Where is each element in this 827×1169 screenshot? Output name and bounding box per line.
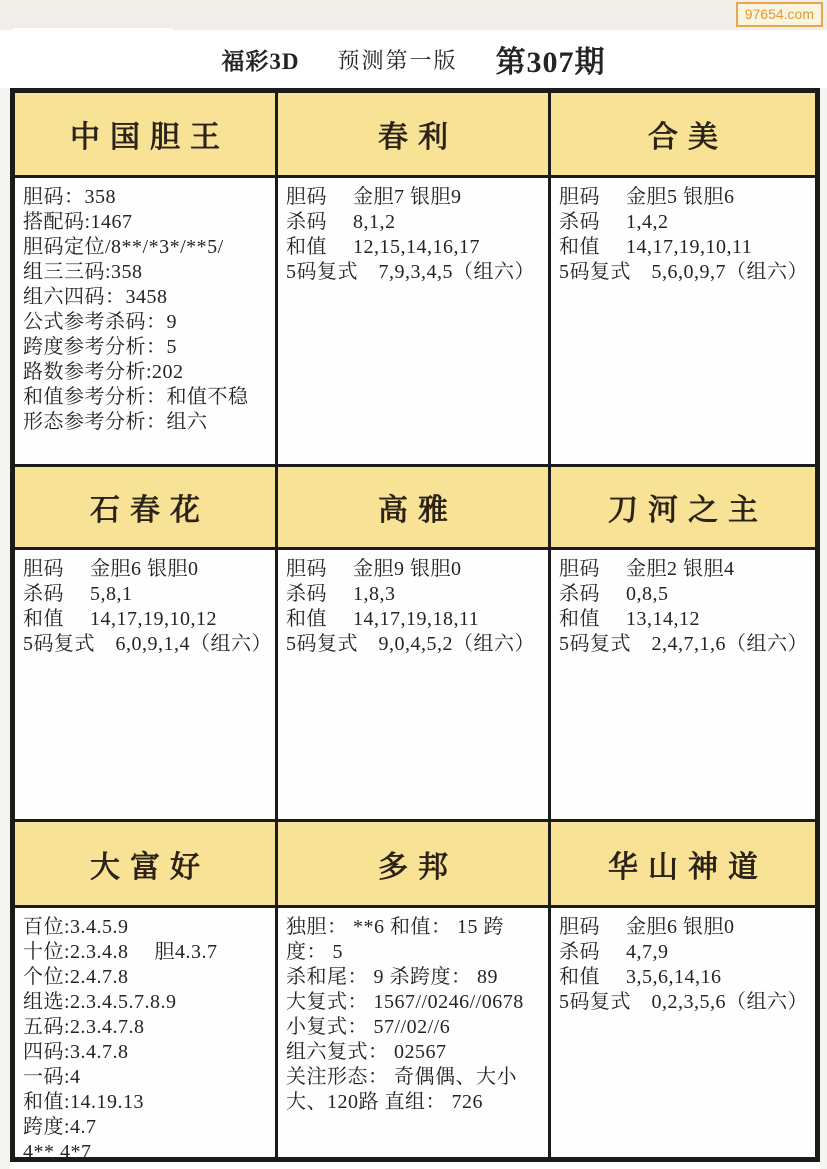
expert-header: 刀河之主	[551, 467, 815, 550]
page-right-margin	[820, 30, 827, 1169]
edition-label: 预测第一版	[338, 44, 458, 75]
prediction-table: 中国胆王 春利 合美 胆码：358 搭配码:1467 胆码定位/8**/*3*/…	[10, 88, 820, 1162]
page-top-band	[0, 0, 827, 30]
expert-predictions: 胆码 金胆6 银胆0 杀码 5,8,1 和值 14,17,19,10,12 5码…	[15, 550, 278, 822]
expert-header: 高雅	[278, 467, 551, 550]
expert-predictions: 胆码：358 搭配码:1467 胆码定位/8**/*3*/**5/ 组三三码:3…	[15, 178, 278, 467]
expert-header: 石春花	[15, 467, 278, 550]
expert-header: 多邦	[278, 822, 551, 908]
issue-number: 第307期	[496, 37, 606, 81]
page-left-margin	[0, 30, 10, 1169]
expert-predictions: 百位:3.4.5.9 十位:2.3.4.8 胆4.3.7 个位:2.4.7.8 …	[15, 908, 278, 1157]
expert-predictions: 胆码 金胆9 银胆0 杀码 1,8,3 和值 14,17,19,18,11 5码…	[278, 550, 551, 822]
expert-header: 中国胆王	[15, 93, 278, 178]
expert-predictions: 胆码 金胆5 银胆6 杀码 1,4,2 和值 14,17,19,10,11 5码…	[551, 178, 815, 467]
expert-predictions: 胆码 金胆6 银胆0 杀码 4,7,9 和值 3,5,6,14,16 5码复式 …	[551, 908, 815, 1157]
expert-header: 大富好	[15, 822, 278, 908]
expert-predictions: 独胆： **6 和值： 15 跨度： 5 杀和尾： 9 杀跨度： 89 大复式：…	[278, 908, 551, 1157]
sheet-title: 福彩3D 预测第一版 第307期	[0, 30, 827, 88]
site-watermark: 97654.com	[736, 2, 823, 27]
expert-header: 春利	[278, 93, 551, 178]
expert-predictions: 胆码 金胆7 银胆9 杀码 8,1,2 和值 12,15,14,16,17 5码…	[278, 178, 551, 467]
expert-header: 合美	[551, 93, 815, 178]
game-name: 福彩3D	[221, 43, 299, 76]
expert-predictions: 胆码 金胆2 银胆4 杀码 0,8,5 和值 13,14,12 5码复式 2,4…	[551, 550, 815, 822]
expert-header: 华山神道	[551, 822, 815, 908]
